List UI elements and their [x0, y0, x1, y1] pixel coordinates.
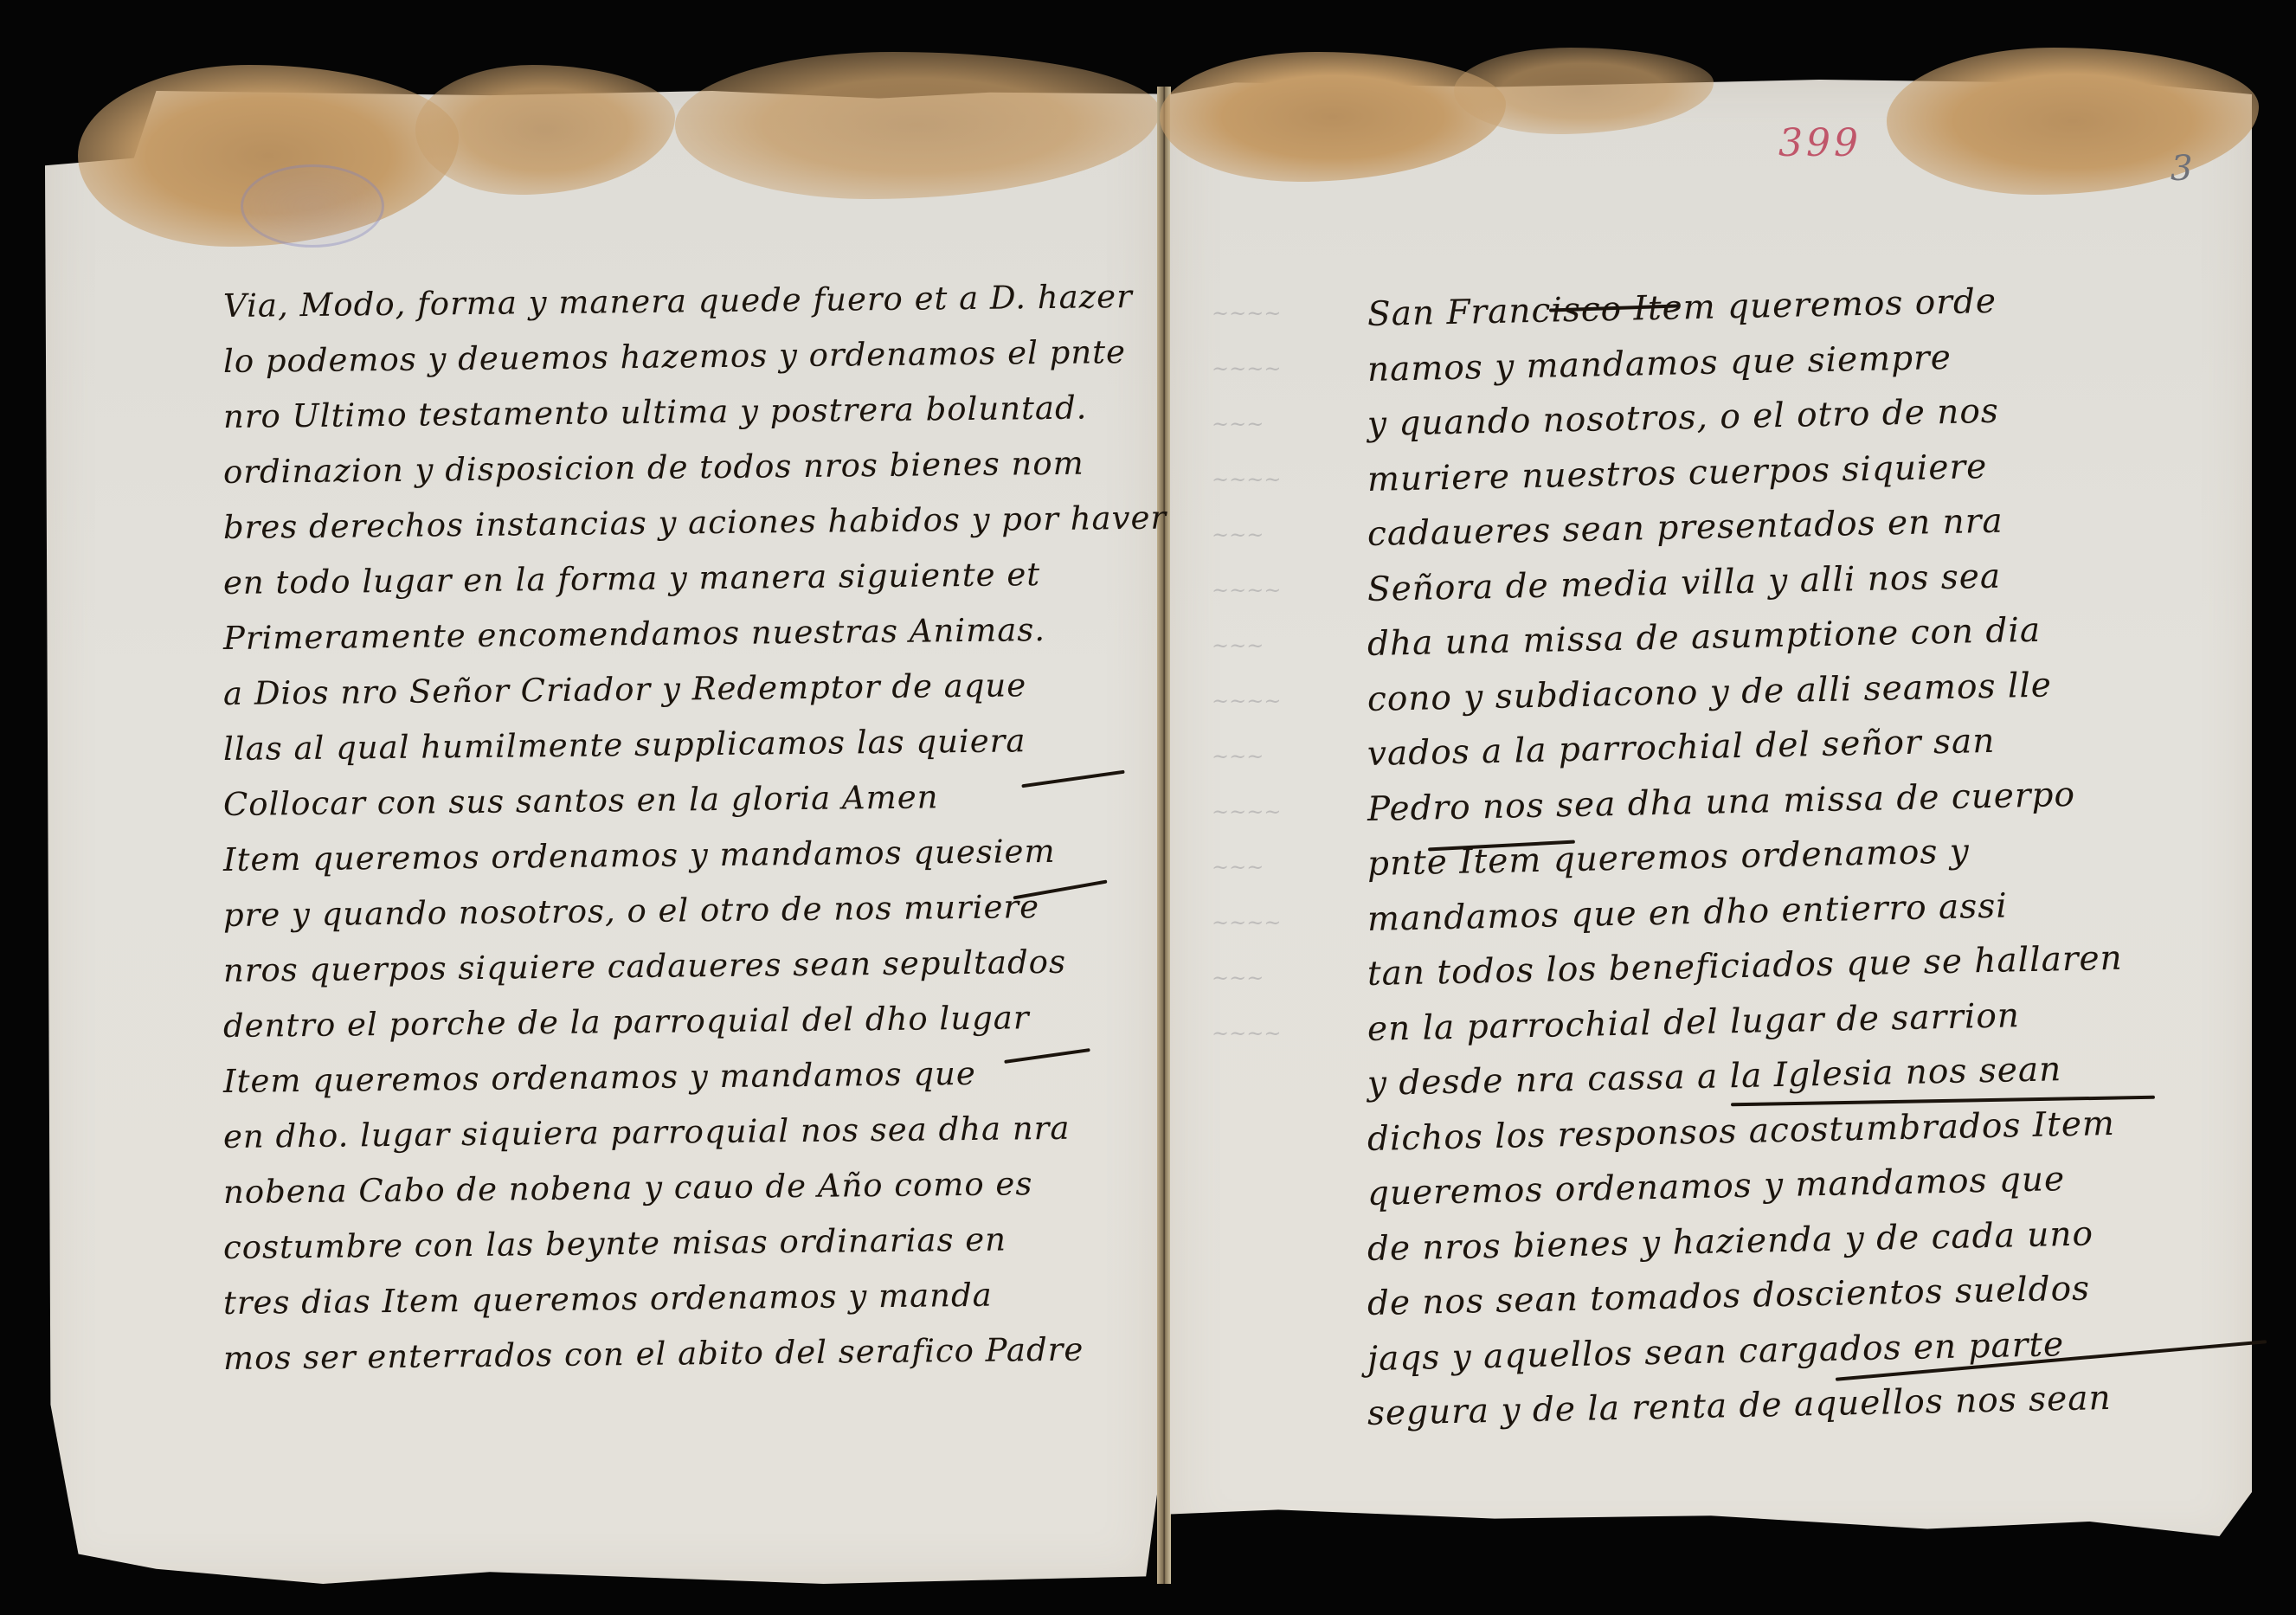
folio-number-red: 399 [1778, 121, 1862, 165]
text-line: Collocar con sus santos en la gloria Ame… [223, 768, 1167, 833]
text-line: costumbre con las beynte misas ordinaria… [223, 1211, 1167, 1276]
text-line: en todo lugar en la forma y manera sigui… [223, 546, 1167, 611]
text-line: dentro el porche de la parroquial del dh… [223, 989, 1167, 1054]
text-line: mos ser enterrados con el abito del sera… [223, 1322, 1167, 1387]
manuscript-spread: 399 3 ~~~~~~~~~~~~~~~~~~~~~~~~~~~~~~~~~~… [0, 0, 2296, 1615]
folio-number-pencil: 3 [2171, 149, 2192, 189]
text-line: nros querpos siquiere cadaueres sean sep… [223, 934, 1167, 999]
text-line: Item queremos ordenamos y mandamos que [223, 1045, 1167, 1110]
text-line: nobena Cabo de nobena y cauo de Año como… [223, 1155, 1167, 1220]
text-line: Via, Modo, forma y manera quede fuero et… [223, 269, 1167, 334]
text-line: a Dios nro Señor Criador y Redemptor de … [223, 657, 1167, 722]
text-line: tres dias Item queremos ordenamos y mand… [223, 1266, 1167, 1331]
text-line: ordinazion y disposicion de todos nros b… [223, 435, 1167, 500]
library-stamp-icon [241, 164, 384, 248]
text-line: en dho. lugar siquiera parroquial nos se… [223, 1100, 1167, 1165]
text-line: bres derechos instancias y aciones habid… [223, 491, 1167, 556]
text-line: Primeramente encomendamos nuestras Anima… [223, 602, 1167, 666]
left-page-text: Via, Modo, forma y manera quede fuero et… [223, 279, 1167, 1387]
bleed-through-text: ~~~~~~~~~~~~~~~~~~~~~~~~~~~~~~~~~~~~~~~~… [1212, 286, 1359, 1061]
right-page-text: San Francisco Item queremos orde namos y… [1367, 287, 2267, 1442]
text-line: pre y quando nosotros, o el otro de nos … [223, 878, 1167, 943]
text-line: llas al qual humilmente supplicamos las … [223, 712, 1167, 777]
text-line: lo podemos y deuemos hazemos y ordenamos… [223, 325, 1167, 389]
text-line: nro Ultimo testamento ultima y postrera … [223, 380, 1167, 445]
text-line: Item queremos ordenamos y mandamos quesi… [223, 823, 1167, 888]
